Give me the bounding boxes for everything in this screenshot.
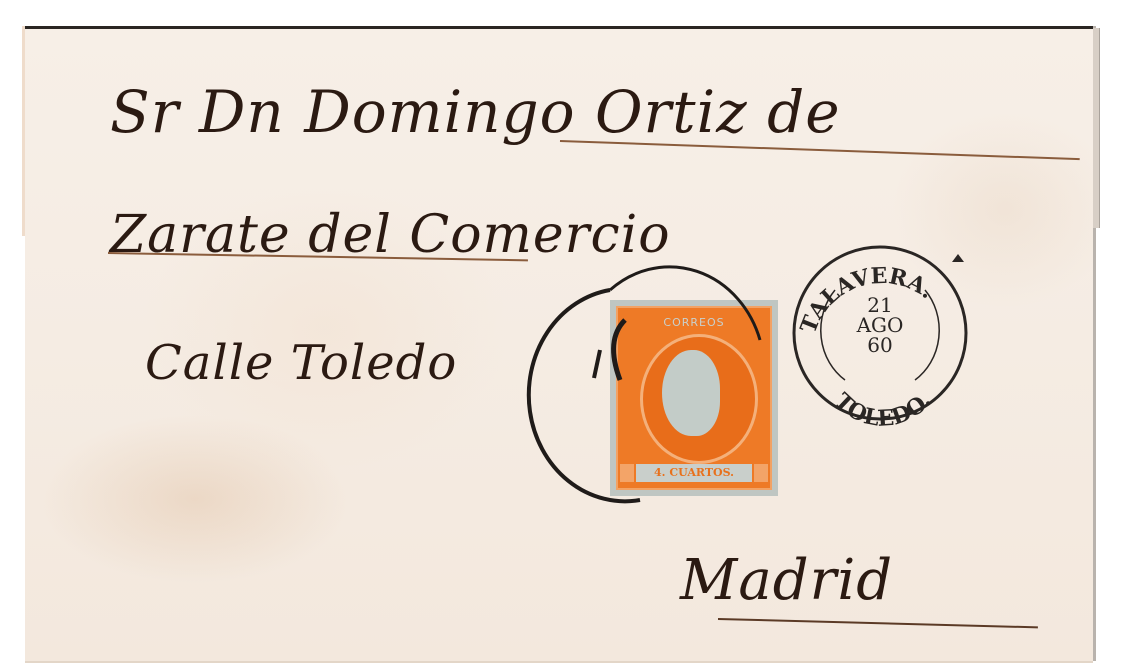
postmark-year: 60 <box>845 335 915 355</box>
postmarks: TALAVERA. TOLEDO. <box>0 0 1126 670</box>
postmark-date: 21 AGO 60 <box>845 295 915 355</box>
postmark-month: AGO <box>845 315 915 335</box>
cancel-postmark-icon <box>529 267 760 501</box>
postmark-province: TOLEDO. <box>829 388 936 432</box>
postmark-day: 21 <box>845 295 915 315</box>
